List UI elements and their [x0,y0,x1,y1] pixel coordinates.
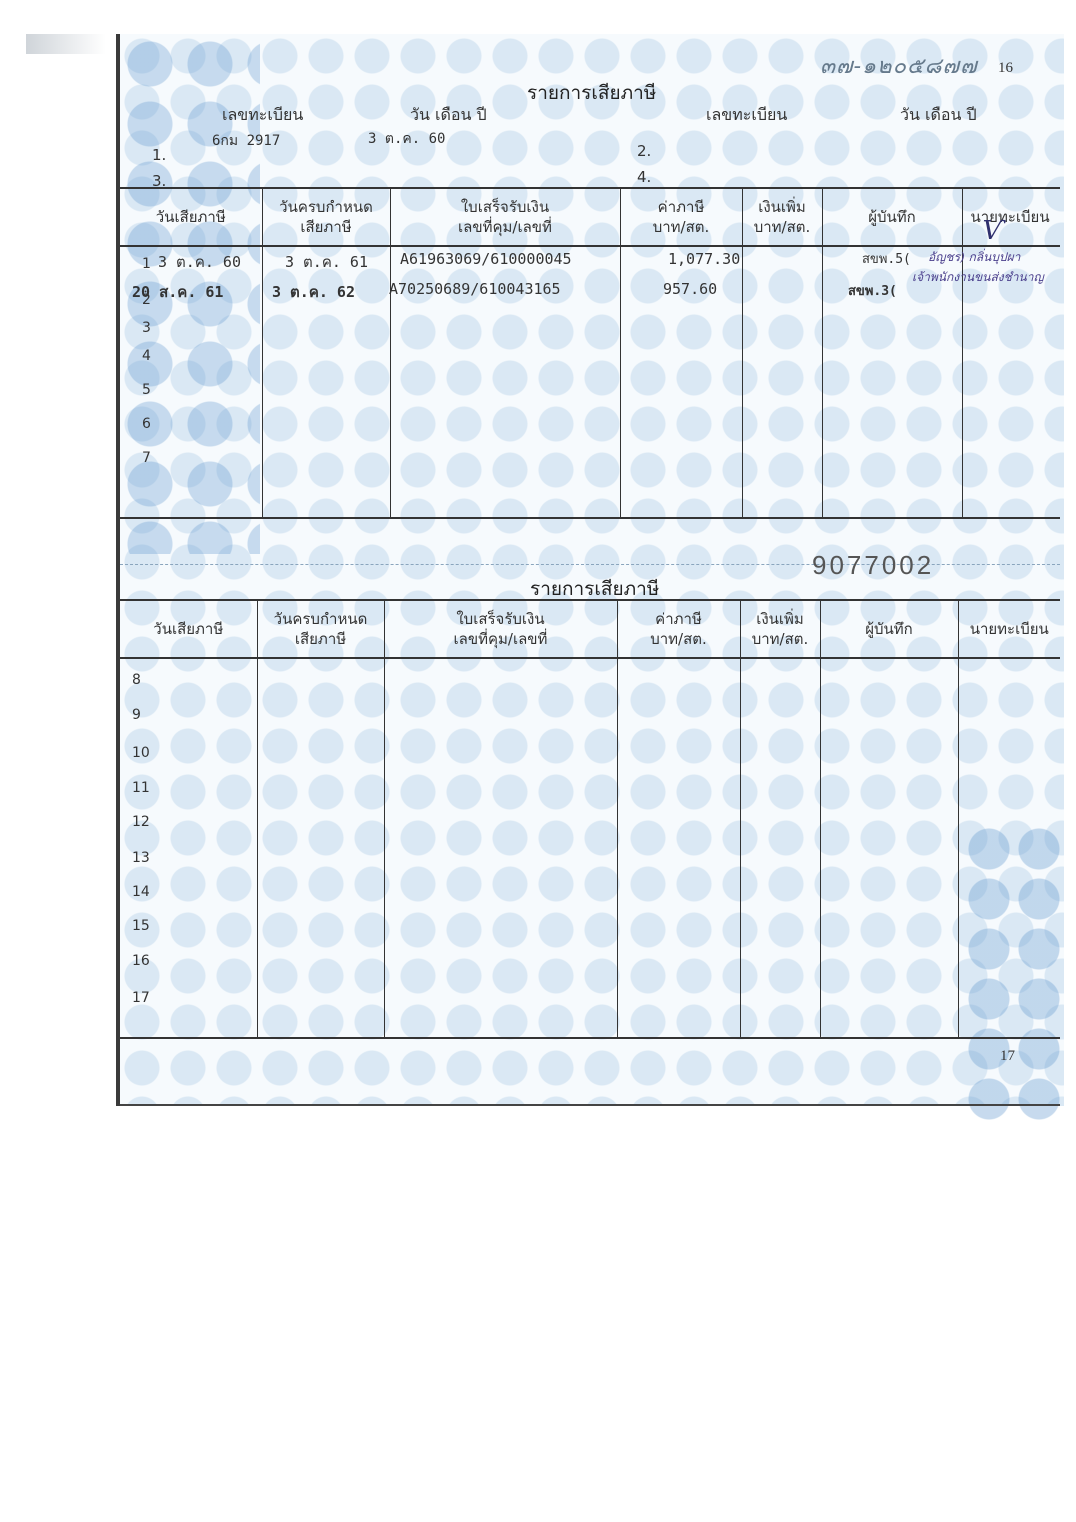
row-number: 17 [132,990,150,1006]
row-number: 13 [132,850,150,866]
entry-1-due-date: 3 ต.ค. 61 [285,250,368,274]
reg-number-header-left: เลขทะเบียน [222,103,303,128]
entry-2-recorder-stamp: เจ้าพนักงานขนส่งชำนาญ [912,268,1044,287]
row-number: 4 [142,348,151,364]
entry-2-due-date: 3 ต.ค. 62 [272,280,355,304]
handwritten-note: ๓๗-๑๒๐๕๘๗๗ [820,48,978,83]
col-header-receipt: ใบเสร็จรับเงิน เลขที่คุม/เลขที่ [384,600,617,658]
col-header-recorder: ผู้บันทึก [822,188,962,246]
row-number: 9 [132,707,141,723]
row-number: 11 [132,780,150,796]
row-number: 6 [142,416,151,432]
registration-1-plate: 6กม 2917 [212,130,280,152]
row-number: 8 [132,672,141,688]
col-header-receipt: ใบเสร็จรับเงิน เลขที่คุม/เลขที่ [390,188,620,246]
registration-index-2: 2. [637,142,651,160]
col-header-paid-date: วันเสียภาษี [120,600,257,658]
row-number: 1 [142,256,151,272]
table-body [120,658,1060,1038]
col-header-recorder: ผู้บันทึก [820,600,958,658]
col-header-paid-date: วันเสียภาษี [120,188,262,246]
serial-stamp-number: 9077002 [812,550,934,581]
entry-1-paid-date: 3 ต.ค. 60 [158,250,241,274]
page-number-17: 17 [1000,1048,1015,1065]
entry-1-recorder-stamp: อัญชร) กลิ่นบุปผา [928,248,1020,267]
col-header-registrar: นายทะเบียน [958,600,1060,658]
col-header-due-date: วันครบกำหนด เสียภาษี [262,188,390,246]
row-number: 5 [142,382,151,398]
entry-1-receipt: A61963069/610000045 [400,250,572,268]
tax-table-top: วันเสียภาษี วันครบกำหนด เสียภาษี ใบเสร็จ… [120,187,1060,519]
row-number: 12 [132,814,150,830]
registration-1-date: 3 ต.ค. 60 [368,128,445,150]
page-number-16: 16 [998,60,1013,77]
registration-index-1: 1. [152,146,166,164]
registrar-signature-icon: Ѵ [982,216,1004,246]
col-header-surcharge: เงินเพิ่ม บาท/สต. [740,600,820,658]
entry-2-paid-date: 20 ส.ค. 61 [132,280,223,304]
page-bottom-edge [120,1104,1060,1106]
row-number: 16 [132,953,150,969]
registration-index-4: 4. [637,168,651,186]
col-header-surcharge: เงินเพิ่ม บาท/สต. [742,188,822,246]
col-header-tax: ค่าภาษี บาท/สต. [620,188,742,246]
date-header-left: วัน เดือน ปี [410,103,487,128]
entry-2-tax: 957.60 [663,280,717,298]
row-number: 15 [132,918,150,934]
entry-2-receipt: A70250689/610043165 [389,280,561,298]
tax-table-bottom: วันเสียภาษี วันครบกำหนด เสียภาษี ใบเสร็จ… [120,599,1060,1039]
col-header-due-date: วันครบกำหนด เสียภาษี [257,600,384,658]
reg-number-header-right: เลขทะเบียน [706,103,787,128]
scan-smudge [26,34,106,54]
col-header-tax: ค่าภาษี บาท/สต. [617,600,740,658]
entry-2-recorder: สขพ.3( [848,280,897,301]
col-header-registrar: นายทะเบียน [962,188,1060,246]
row-number: 3 [142,320,151,336]
entry-1-recorder: สขพ.5( [862,248,911,269]
entry-1-tax: 1,077.30 [668,250,740,268]
row-number: 7 [142,450,151,466]
date-header-right: วัน เดือน ปี [900,103,977,128]
section-title-top: รายการเสียภาษี [527,78,656,108]
row-number: 10 [132,745,150,761]
row-number: 14 [132,884,150,900]
